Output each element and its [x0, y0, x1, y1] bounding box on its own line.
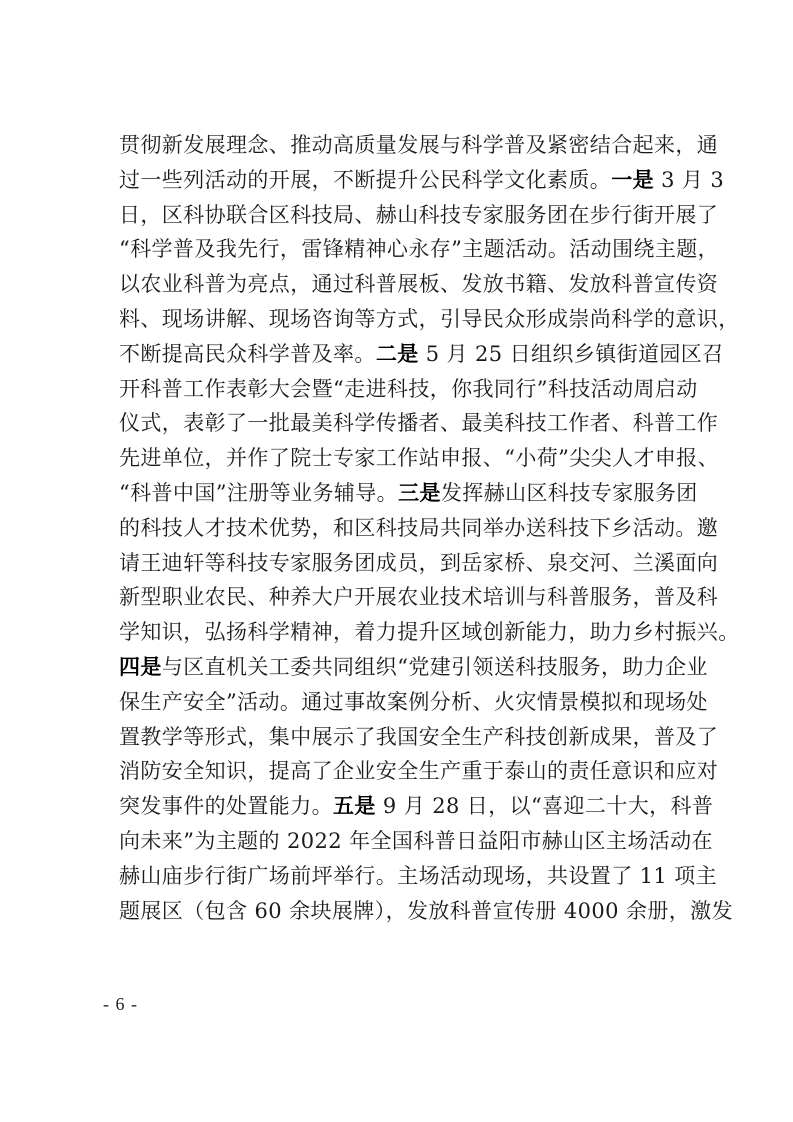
text-line: 先进单位，并作了院士专家工作站申报、“小荷”尖尖人才申报、	[119, 441, 695, 476]
text-line: 置教学等形式，集中展示了我国安全生产科技创新成果，普及了	[119, 720, 695, 755]
text-line: 开科普工作表彰大会暨“走进科技，你我同行”科技活动周启动	[119, 372, 695, 407]
text-line: 学知识，弘扬科学精神，着力提升区域创新能力，助力乡村振兴。	[119, 615, 695, 650]
body-paragraph: 贯彻新发展理念、推动高质量发展与科学普及紧密结合起来，通过一些列活动的开展，不断…	[119, 128, 695, 928]
document-page: 贯彻新发展理念、推动高质量发展与科学普及紧密结合起来，通过一些列活动的开展，不断…	[0, 0, 793, 1122]
text-line: 的科技人才技术优势，和区科技局共同举办送科技下乡活动。邀	[119, 511, 695, 546]
text-segment: 5 月 25 日组织乡镇街道园区召	[419, 342, 724, 366]
text-line: 请王迪轩等科技专家服务团成员，到岳家桥、泉交河、兰溪面向	[119, 546, 695, 581]
text-segment: 题展区（包含 60 余块展牌），发放科普宣传册 4000 余册，激发	[119, 899, 733, 923]
text-segment: 不断提高民众科学普及率。	[119, 342, 376, 366]
text-segment: 保生产安全”活动。通过事故案例分析、火灾情景模拟和现场处	[119, 690, 708, 714]
text-segment: 9 月 28 日，以“喜迎二十大，科普	[376, 794, 714, 818]
text-line: 新型职业农民、种养大户开展农业技术培训与科普服务，普及科	[119, 580, 695, 615]
bold-enumerator: 一是	[611, 168, 654, 192]
text-line: “科普中国”注册等业务辅导。三是发挥赫山区科技专家服务团	[119, 476, 695, 511]
text-line: 题展区（包含 60 余块展牌），发放科普宣传册 4000 余册，激发	[119, 894, 695, 929]
text-line: 赫山庙步行街广场前坪举行。主场活动现场，共设置了 11 项主	[119, 859, 695, 894]
text-segment: 新型职业农民、种养大户开展农业技术培训与科普服务，普及科	[119, 585, 718, 609]
text-segment: 过一些列活动的开展，不断提升公民科学文化素质。	[119, 168, 611, 192]
text-segment: 与区直机关工委共同组织“党建引领送科技服务，助力企业	[162, 655, 708, 679]
text-segment: “科学普及我先行，雷锋精神心永存”主题活动。活动围绕主题，	[119, 237, 719, 261]
text-segment: 向未来”为主题的 2022 年全国科普日益阳市赫山区主场活动在	[119, 829, 713, 853]
text-segment: 突发事件的处置能力。	[119, 794, 333, 818]
text-segment: 仪式，表彰了一批最美科学传播者、最美科技工作者、科普工作	[119, 411, 718, 435]
text-segment: 先进单位，并作了院士专家工作站申报、“小荷”尖尖人才申报、	[119, 446, 719, 470]
text-line: “科学普及我先行，雷锋精神心永存”主题活动。活动围绕主题，	[119, 232, 695, 267]
text-line: 过一些列活动的开展，不断提升公民科学文化素质。一是 3 月 3	[119, 163, 695, 198]
text-segment: 3 月 3	[654, 168, 724, 192]
text-segment: 的科技人才技术优势，和区科技局共同举办送科技下乡活动。邀	[119, 516, 718, 540]
text-line: 保生产安全”活动。通过事故案例分析、火灾情景模拟和现场处	[119, 685, 695, 720]
text-line: 以农业科普为亮点，通过科普展板、发放书籍、发放科普宣传资	[119, 267, 695, 302]
bold-enumerator: 三是	[398, 481, 441, 505]
text-segment: 日，区科协联合区科技局、赫山科技专家服务团在步行街开展了	[119, 203, 718, 227]
text-segment: 请王迪轩等科技专家服务团成员，到岳家桥、泉交河、兰溪面向	[119, 551, 718, 575]
bold-enumerator: 五是	[333, 794, 376, 818]
text-line: 料、现场讲解、现场咨询等方式，引导民众形成崇尚科学的意识，	[119, 302, 695, 337]
text-line: 向未来”为主题的 2022 年全国科普日益阳市赫山区主场活动在	[119, 824, 695, 859]
text-segment: 以农业科普为亮点，通过科普展板、发放书籍、发放科普宣传资	[119, 272, 718, 296]
text-segment: 消防安全知识，提高了企业安全生产重于泰山的责任意识和应对	[119, 759, 718, 783]
text-segment: 赫山庙步行街广场前坪举行。主场活动现场，共设置了 11 项主	[119, 864, 717, 888]
text-line: 消防安全知识，提高了企业安全生产重于泰山的责任意识和应对	[119, 754, 695, 789]
text-line: 日，区科协联合区科技局、赫山科技专家服务团在步行街开展了	[119, 198, 695, 233]
text-line: 仪式，表彰了一批最美科学传播者、最美科技工作者、科普工作	[119, 406, 695, 441]
bold-enumerator: 二是	[376, 342, 419, 366]
text-segment: 料、现场讲解、现场咨询等方式，引导民众形成崇尚科学的意识，	[119, 307, 740, 331]
page-number: - 6 -	[103, 994, 138, 1015]
text-segment: 贯彻新发展理念、推动高质量发展与科学普及紧密结合起来，通	[119, 133, 718, 157]
text-line: 突发事件的处置能力。五是 9 月 28 日，以“喜迎二十大，科普	[119, 789, 695, 824]
text-segment: 置教学等形式，集中展示了我国安全生产科技创新成果，普及了	[119, 725, 718, 749]
text-segment: 学知识，弘扬科学精神，着力提升区域创新能力，助力乡村振兴。	[119, 620, 740, 644]
text-line: 不断提高民众科学普及率。二是 5 月 25 日组织乡镇街道园区召	[119, 337, 695, 372]
bold-enumerator: 四是	[119, 655, 162, 679]
text-segment: 发挥赫山区科技专家服务团	[441, 481, 698, 505]
text-line: 贯彻新发展理念、推动高质量发展与科学普及紧密结合起来，通	[119, 128, 695, 163]
text-segment: “科普中国”注册等业务辅导。	[119, 481, 398, 505]
text-segment: 开科普工作表彰大会暨“走进科技，你我同行”科技活动周启动	[119, 377, 698, 401]
text-line: 四是与区直机关工委共同组织“党建引领送科技服务，助力企业	[119, 650, 695, 685]
